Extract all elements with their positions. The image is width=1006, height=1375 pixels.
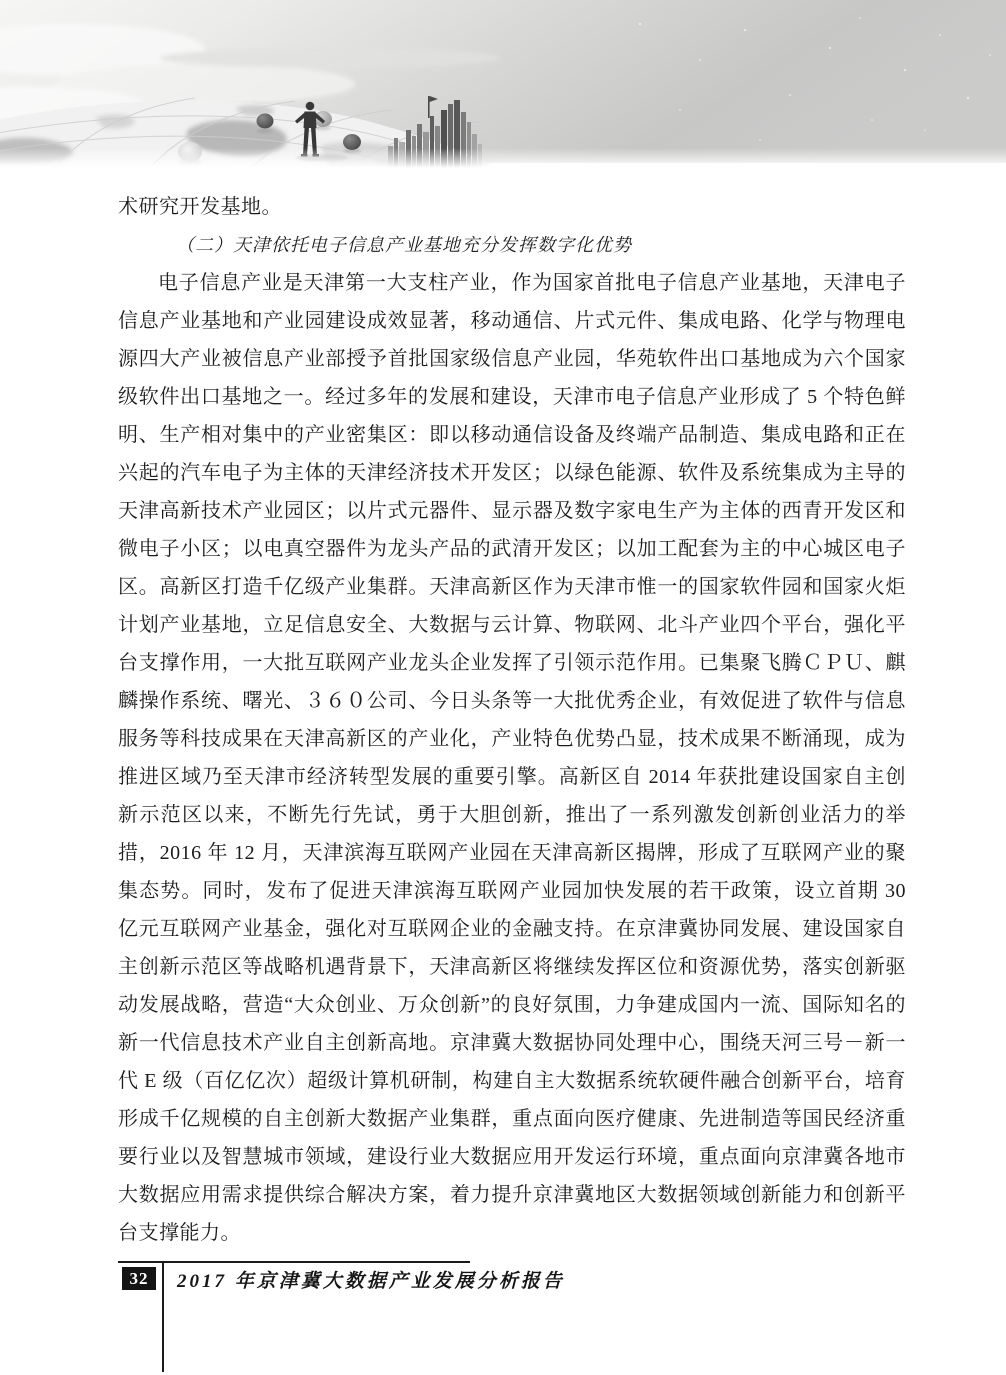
page-number-badge: 32: [122, 1267, 156, 1290]
banner-bottom-fade: [0, 148, 1006, 168]
header-banner: [0, 0, 1006, 168]
footer-vertical-rule: [162, 1261, 164, 1372]
footer-report-title: 2017 年京津冀大数据产业发展分析报告: [177, 1266, 565, 1293]
paragraph-continuation: 术研究开发基地。: [118, 188, 906, 226]
section-heading: （二）天津依托电子信息产业基地充分发挥数字化优势: [118, 226, 906, 264]
body-paragraph: 电子信息产业是天津第一大支柱产业，作为国家首批电子信息产业基地，天津电子信息产业…: [118, 264, 906, 1252]
document-page: 术研究开发基地。 （二）天津依托电子信息产业基地充分发挥数字化优势 电子信息产业…: [0, 0, 1006, 1375]
body-text-column: 术研究开发基地。 （二）天津依托电子信息产业基地充分发挥数字化优势 电子信息产业…: [118, 188, 906, 1252]
banner-illustration: [0, 0, 1006, 168]
footer-top-rule: [118, 1261, 470, 1263]
